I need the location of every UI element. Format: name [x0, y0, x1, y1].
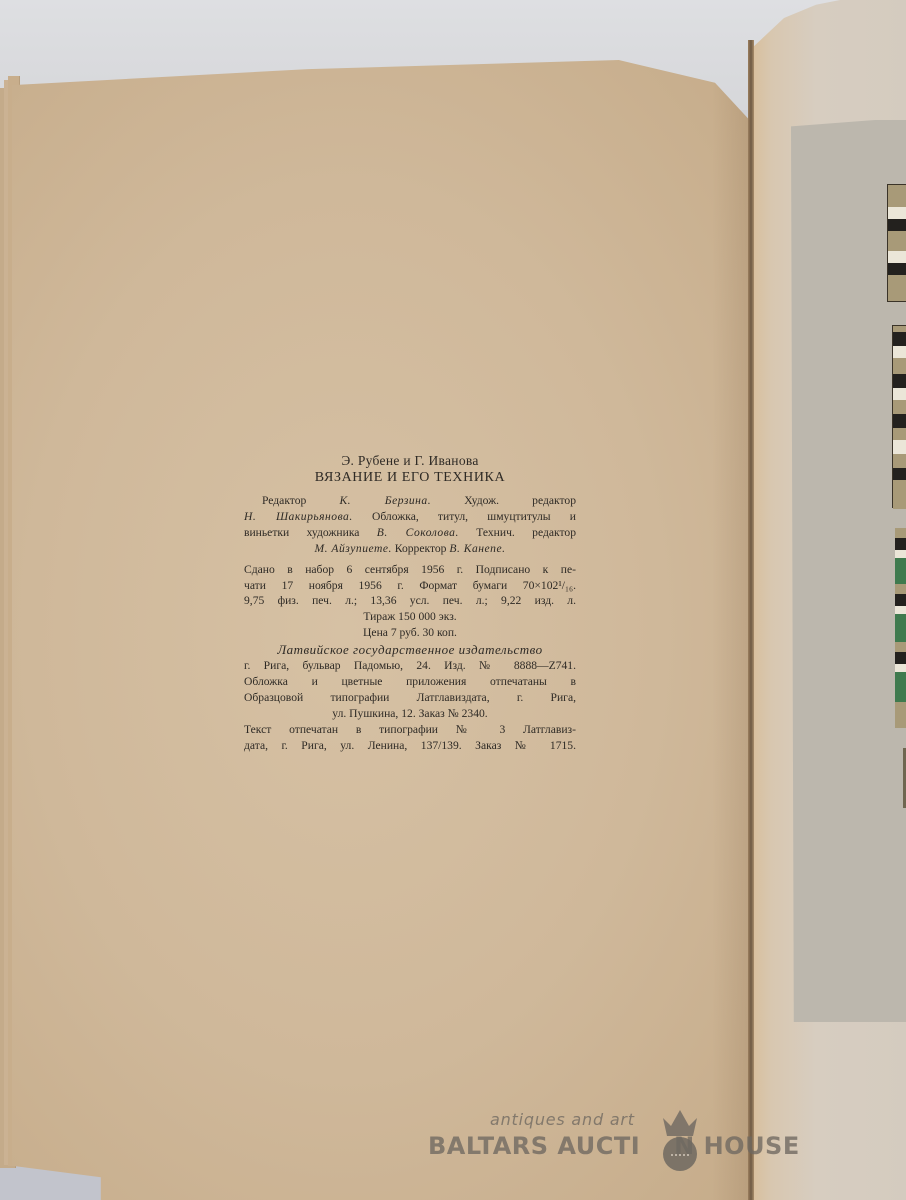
artist-name: В. Соколова.: [377, 526, 459, 539]
credits-label: Корректор: [392, 542, 449, 555]
knit-pattern-strip: [892, 325, 906, 508]
print-line: Сдано в набор 6 сентября 1956 г. Подписа…: [244, 562, 576, 578]
book-title: ВЯЗАНИЕ И ЕГО ТЕХНИКА: [244, 469, 576, 487]
credits-line: Н. Шакирьянова. Обложка, титул, шмуцтиту…: [244, 509, 576, 525]
printer-line: ул. Пушкина, 12. Заказ № 2340.: [244, 706, 576, 722]
watermark-tagline: antiques and art: [490, 1110, 635, 1129]
art-editor-name: Н. Шакирьянова.: [244, 510, 353, 523]
credits-line: М. Айзупиете. Корректор В. Канепе.: [244, 541, 576, 557]
printer-line: Текст отпечатан в типографии № 3 Латглав…: [244, 722, 576, 738]
crown-circle-icon: [661, 1110, 699, 1172]
credits-label: Худож. редактор: [431, 494, 576, 507]
print-line: 9,75 физ. печ. л.; 13,36 усл. печ. л.; 9…: [244, 593, 576, 609]
credits-label: виньетки художника: [244, 526, 377, 539]
print-run: Тираж 150 000 экз.: [244, 609, 576, 625]
auction-house-watermark: antiques and art BALTARS AUCTIN HOUSE: [428, 1098, 828, 1168]
price: Цена 7 руб. 30 коп.: [244, 625, 576, 641]
authors: Э. Рубене и Г. Иванова: [244, 452, 576, 469]
credits-label: Редактор: [262, 494, 339, 507]
credits-label: Технич. редактор: [459, 526, 576, 539]
knit-pattern-strip: [895, 528, 906, 728]
editor-name: К. Берзина.: [339, 494, 431, 507]
printer-line: Образцовой типографии Латглавиздата, г. …: [244, 690, 576, 706]
printer-line: дата, г. Рига, ул. Ленина, 137/139. Зака…: [244, 738, 576, 754]
knit-pattern-strip: [887, 184, 906, 302]
publisher-block: Латвийское государственное издательство …: [244, 641, 576, 753]
book-gutter: [748, 40, 754, 1200]
credits-line: Редактор К. Берзина. Худож. редактор: [244, 493, 576, 509]
proofreader-name: В. Канепе.: [449, 542, 505, 555]
colophon: Э. Рубене и Г. Иванова ВЯЗАНИЕ И ЕГО ТЕХ…: [244, 452, 576, 754]
credits-label: Обложка, титул, шмуцтитулы и: [353, 510, 576, 523]
publisher-address: г. Рига, бульвар Падомью, 24. Изд. № 888…: [244, 658, 576, 674]
publisher-name: Латвийское государственное издательство: [244, 641, 576, 658]
watermark-name: BALTARS AUCTIN HOUSE: [428, 1132, 800, 1160]
credits-line: виньетки художника В. Соколова. Технич. …: [244, 525, 576, 541]
watermark-name-part: BALTARS AUCTI: [428, 1132, 640, 1160]
tech-editor-name: М. Айзупиете.: [314, 542, 391, 555]
print-details: Сдано в набор 6 сентября 1956 г. Подписа…: [244, 562, 576, 642]
credits-block: Редактор К. Берзина. Худож. редактор Н. …: [244, 493, 576, 557]
printer-line: Обложка и цветные приложения отпечатаны …: [244, 674, 576, 690]
print-line: чати 17 ноября 1956 г. Формат бумаги 70×…: [244, 578, 576, 594]
